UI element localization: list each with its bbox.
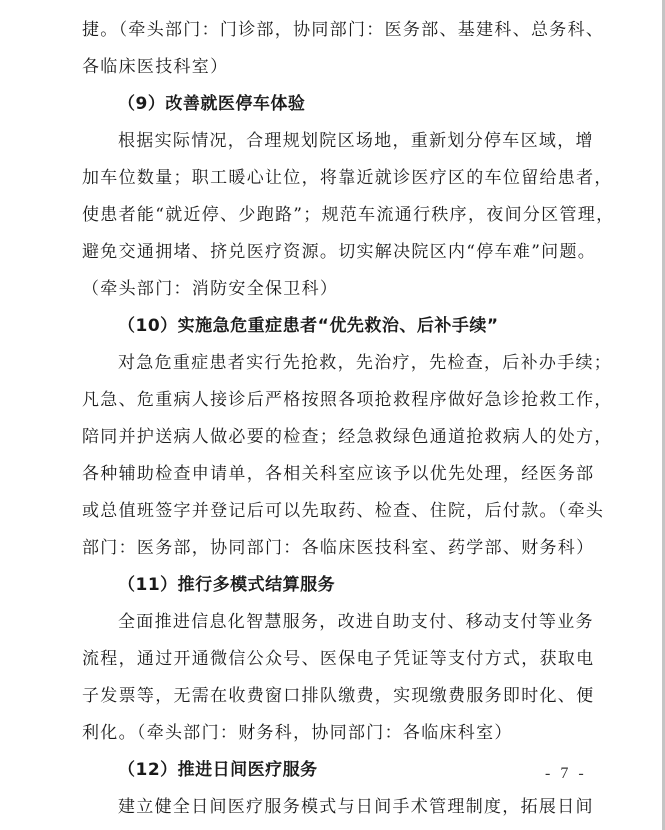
paragraph-line: 凡急、危重病人接诊后严格按照各项抢救程序做好急诊抢救工作， [82,382,586,419]
paragraph-line: 利化。（牵头部门：财务科，协同部门：各临床科室） [82,715,586,752]
paragraph-line: 建立健全日间医疗服务模式与日间手术管理制度，拓展日间 [82,789,586,826]
paragraph-line: 捷。（牵头部门：门诊部，协同部门：医务部、基建科、总务科、 [82,12,586,49]
paragraph-line: 子发票等，无需在收费窗口排队缴费，实现缴费服务即时化、便 [82,678,586,715]
paragraph-line: （牵头部门：消防安全保卫科） [82,271,586,308]
paragraph-line: 陪同并护送病人做必要的检查；经急救绿色通道抢救病人的处方， [82,419,586,456]
paragraph-line: 各临床医技科室） [82,49,586,86]
paragraph-line: 流程，通过开通微信公众号、医保电子凭证等支付方式，获取电 [82,641,586,678]
paragraph-line: 各种辅助检查申请单，各相关科室应该予以优先处理，经医务部 [82,456,586,493]
paragraph-line: 对急危重症患者实行先抢救，先治疗，先检查，后补办手续； [82,345,586,382]
section-heading-9: （9）改善就医停车体验 [82,86,586,123]
paragraph-line: 加车位数量；职工暖心让位，将靠近就诊医疗区的车位留给患者， [82,160,586,197]
paragraph-line: 或总值班签字并登记后可以先取药、检查、住院，后付款。（牵头 [82,493,586,530]
page-content: 捷。（牵头部门：门诊部，协同部门：医务部、基建科、总务科、 各临床医技科室） （… [82,12,586,826]
paragraph-line: 根据实际情况，合理规划院区场地，重新划分停车区域，增 [82,123,586,160]
paragraph-line: 使患者能“就近停、少跑路”；规范车流通行秩序，夜间分区管理， [82,197,586,234]
page-number: - 7 - [545,765,587,783]
document-page: 捷。（牵头部门：门诊部，协同部门：医务部、基建科、总务科、 各临床医技科室） （… [0,0,662,830]
section-heading-10: （10）实施急危重症患者“优先救治、后补手续” [82,308,586,345]
section-heading-11: （11）推行多模式结算服务 [82,567,586,604]
paragraph-line: 全面推进信息化智慧服务，改进自助支付、移动支付等业务 [82,604,586,641]
paragraph-line: 避免交通拥堵、挤兑医疗资源。切实解决院区内“停车难”问题。 [82,234,586,271]
section-heading-12: （12）推进日间医疗服务 [82,752,586,789]
paragraph-line: 部门：医务部，协同部门：各临床医技科室、药学部、财务科） [82,530,586,567]
